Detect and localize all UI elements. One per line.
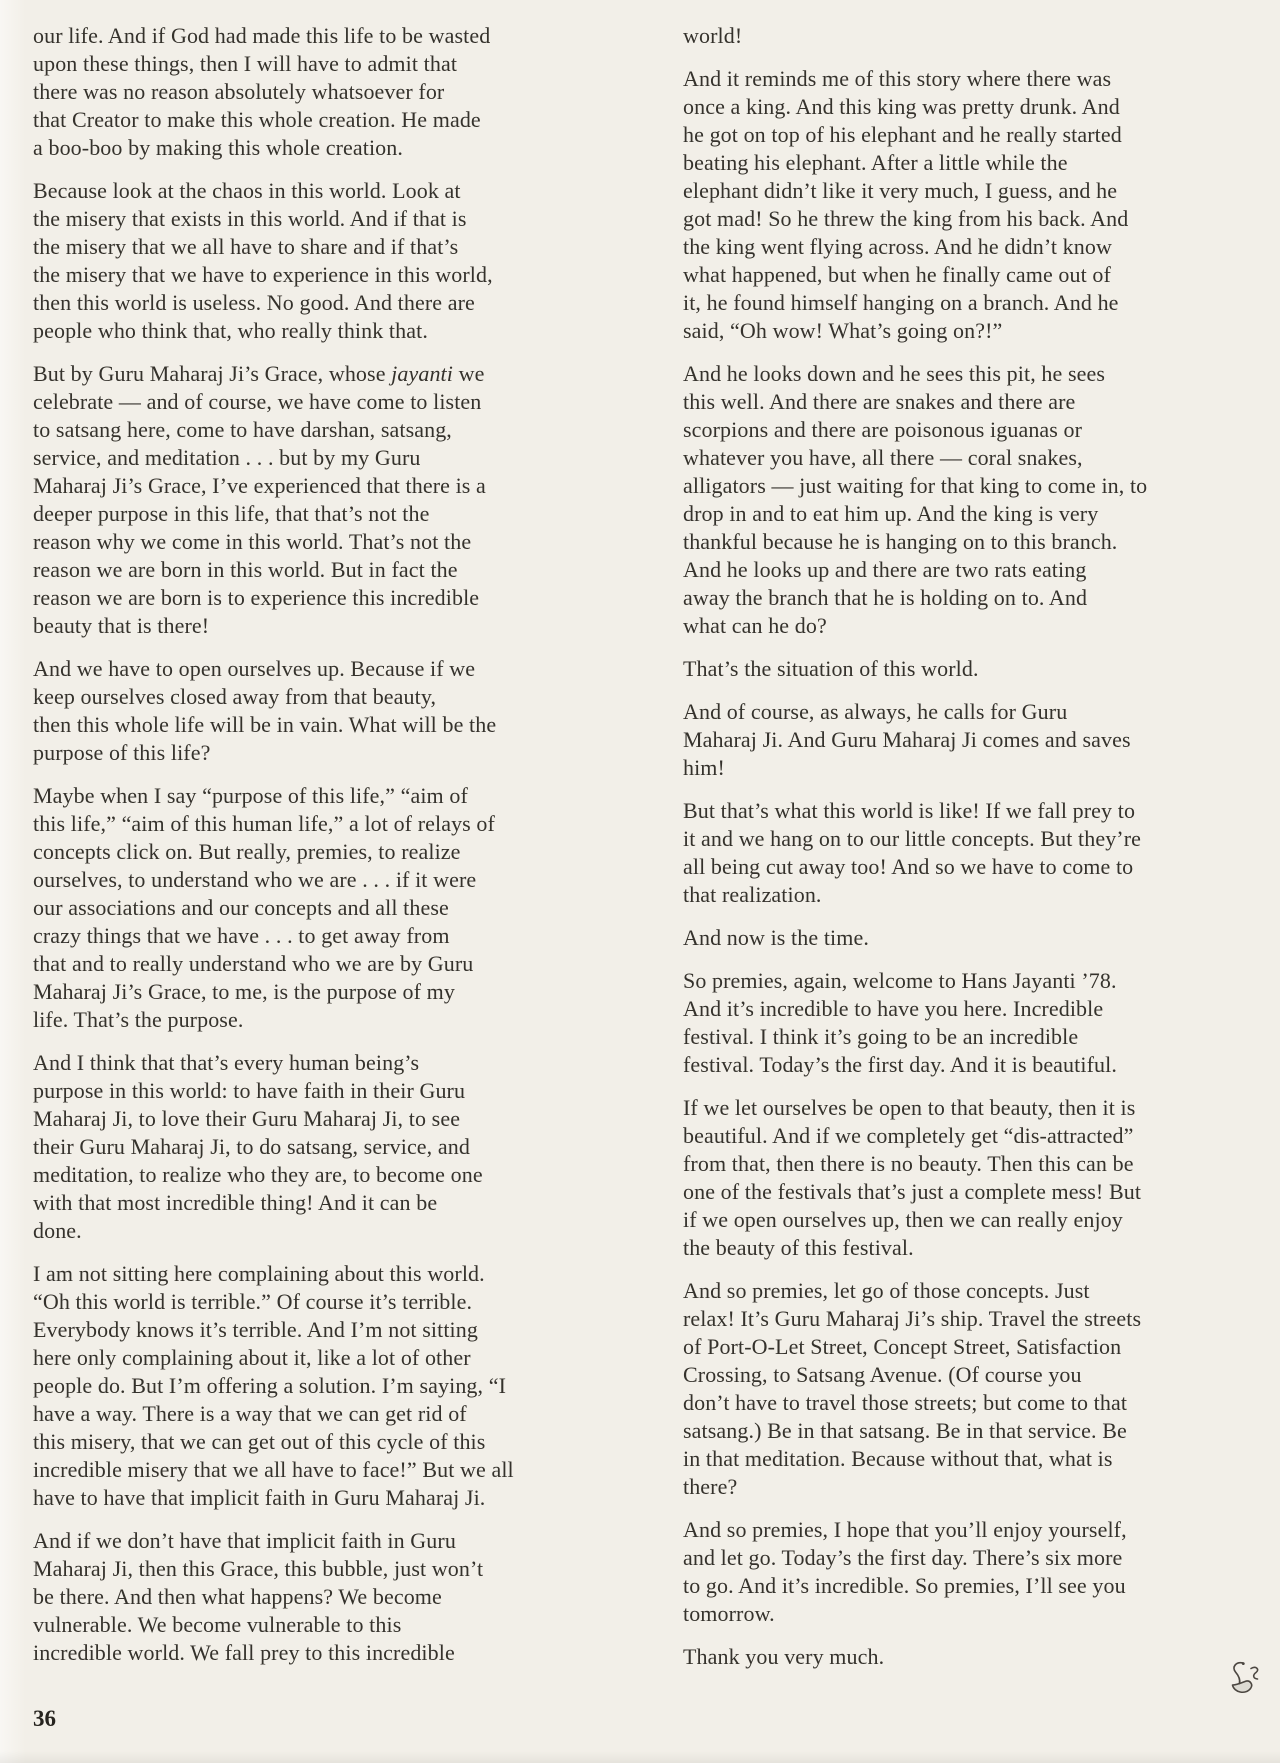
paragraph: our life. And if God had made this life … — [33, 22, 633, 162]
paragraph: So premies, again, welcome to Hans Jayan… — [683, 967, 1280, 1079]
paragraph: world! — [683, 22, 1280, 50]
paragraph: Thank you very much. — [683, 1643, 1280, 1671]
paragraph: But by Guru Maharaj Ji’s Grace, whose ja… — [33, 360, 633, 640]
paragraph: And so premies, I hope that you’ll enjoy… — [683, 1516, 1280, 1628]
paragraph: And if we don’t have that implicit faith… — [33, 1527, 633, 1667]
paragraph: And we have to open ourselves up. Becaus… — [33, 655, 633, 767]
paragraph: That’s the situation of this world. — [683, 655, 1280, 683]
paragraph: I am not sitting here complaining about … — [33, 1260, 633, 1512]
text-column-right: world! And it reminds me of this story w… — [683, 22, 1280, 1686]
paragraph: Maybe when I say “purpose of this life,”… — [33, 782, 633, 1034]
paragraph: And so premies, let go of those concepts… — [683, 1277, 1280, 1501]
paragraph: And now is the time. — [683, 924, 1280, 952]
paragraph: If we let ourselves be open to that beau… — [683, 1094, 1280, 1262]
paragraph: And he looks down and he sees this pit, … — [683, 360, 1280, 640]
text-column-left: our life. And if God had made this life … — [33, 22, 633, 1686]
paragraph: And it reminds me of this story where th… — [683, 65, 1280, 345]
paragraph: And of course, as always, he calls for G… — [683, 698, 1280, 782]
paragraph: Because look at the chaos in this world.… — [33, 177, 633, 345]
end-of-article-swan-icon — [1222, 1658, 1264, 1702]
paragraph: And I think that that’s every human bein… — [33, 1049, 633, 1245]
page-body: our life. And if God had made this life … — [0, 0, 1280, 1686]
page-number: 36 — [33, 1706, 56, 1732]
paragraph: But that’s what this world is like! If w… — [683, 797, 1280, 909]
